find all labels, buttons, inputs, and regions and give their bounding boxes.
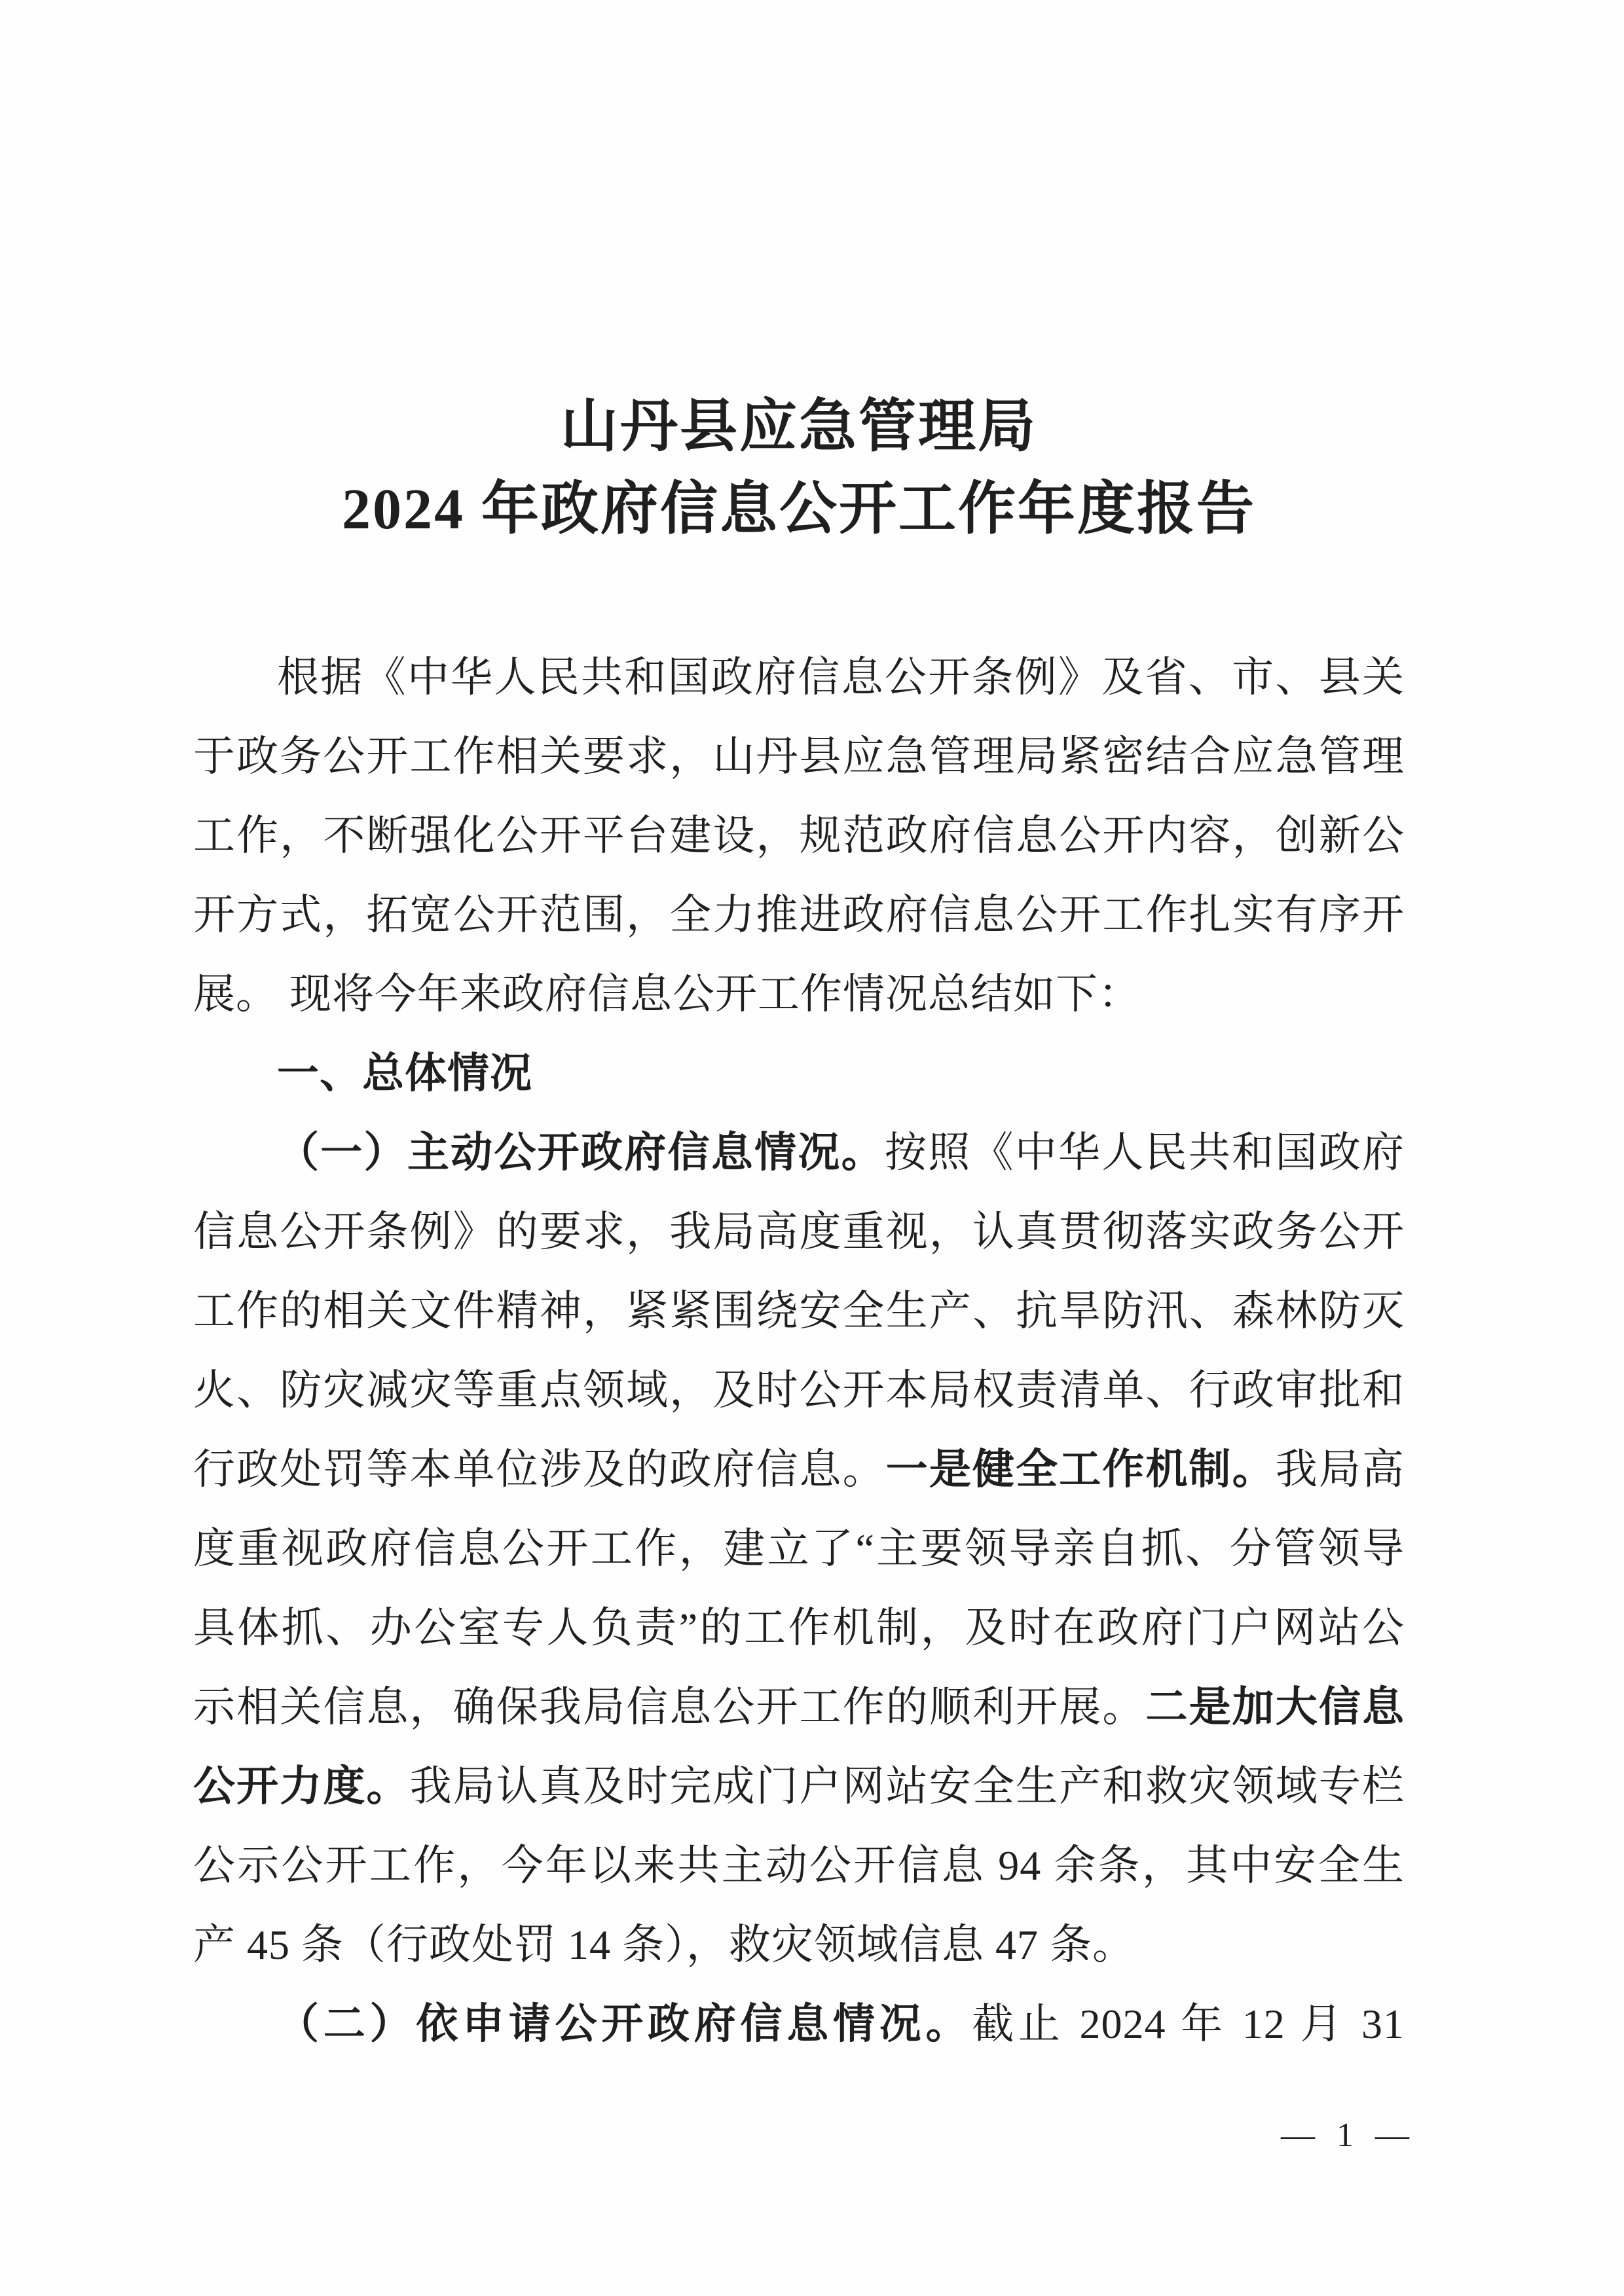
text-run: 开方式，拓宽公开范围，全力推进政府信息公开工作扎实有序开 (193, 892, 1405, 938)
text-run: 工作的相关文件精神，紧紧围绕安全生产、抗旱防汛、森林防灭 (193, 1288, 1405, 1334)
intro-line-2: 于政务公开工作相关要求，山丹县应急管理局紧密结合应急管理 (193, 717, 1405, 796)
text-run: 根据《中华人民共和国政府信息公开条例》及省、市、县关 (277, 654, 1405, 701)
text-run: 度重视政府信息公开工作，建立了“主要领导亲自抓、分管领导 (193, 1525, 1405, 1572)
proactive-disclosure-line-4: 火、防灾减灾等重点领域，及时公开本局权责清单、行政审批和 (193, 1351, 1405, 1430)
text-run: 行政处罚等本单位涉及的政府信息。 (193, 1446, 886, 1493)
intro-line-1: 根据《中华人民共和国政府信息公开条例》及省、市、县关 (193, 638, 1405, 717)
document-content: 山丹县应急管理局 2024 年政府信息公开工作年度报告 根据《中华人民共和国政府… (193, 386, 1405, 2064)
text-run: 工作，不断强化公开平台建设，规范政府信息公开内容，创新公 (193, 812, 1405, 859)
page-number: — 1 — (1281, 2116, 1416, 2155)
text-run: 我局认真及时完成门户网站安全生产和救灾领域专栏 (410, 1763, 1405, 1810)
inline-bold-run: 二是加大信息 (1145, 1684, 1405, 1730)
text-run: 展。 现将今年来政府信息公开工作情况总结如下： (193, 971, 1141, 1017)
inline-bold-run: 一是健全工作机制。 (886, 1446, 1276, 1493)
text-run: 于政务公开工作相关要求，山丹县应急管理局紧密结合应急管理 (193, 733, 1405, 780)
proactive-disclosure-line-2: 信息公开条例》的要求，我局高度重视，认真贯彻落实政务公开 (193, 1192, 1405, 1271)
title-line-1: 山丹县应急管理局 (193, 386, 1405, 469)
proactive-disclosure-line-8: 示相关信息，确保我局信息公开工作的顺利开展。二是加大信息 (193, 1667, 1405, 1747)
intro-line-5: 展。 现将今年来政府信息公开工作情况总结如下： (193, 955, 1405, 1034)
subheading-run: （二）依申请公开政府信息情况。 (277, 2001, 972, 2047)
section-heading-overall-situation: 一、总体情况 (193, 1034, 1405, 1113)
intro-line-3: 工作，不断强化公开平台建设，规范政府信息公开内容，创新公 (193, 796, 1405, 875)
intro-line-4: 开方式，拓宽公开范围，全力推进政府信息公开工作扎实有序开 (193, 875, 1405, 955)
proactive-disclosure-line-10: 公示公开工作，今年以来共主动公开信息 94 余条，其中安全生 (193, 1826, 1405, 1905)
proactive-disclosure-line-7: 具体抓、办公室专人负责”的工作机制，及时在政府门户网站公 (193, 1588, 1405, 1667)
request-disclosure-line-1: （二）依申请公开政府信息情况。截止 2024 年 12 月 31 日， (193, 1984, 1405, 2064)
text-run: 我局高 (1276, 1446, 1405, 1493)
text-run: 示相关信息，确保我局信息公开工作的顺利开展。 (193, 1684, 1145, 1730)
title-line-2: 2024 年政府信息公开工作年度报告 (193, 469, 1405, 551)
proactive-disclosure-line-5: 行政处罚等本单位涉及的政府信息。一是健全工作机制。我局高 (193, 1430, 1405, 1509)
text-run: 产 45 条（行政处罚 14 条），救灾领域信息 47 条。 (193, 1922, 1135, 1968)
inline-bold-run: 公开力度。 (193, 1763, 410, 1810)
text-run: 具体抓、办公室专人负责”的工作机制，及时在政府门户网站公 (193, 1605, 1405, 1651)
text-run: 信息公开条例》的要求，我局高度重视，认真贯彻落实政务公开 (193, 1209, 1405, 1255)
proactive-disclosure-line-6: 度重视政府信息公开工作，建立了“主要领导亲自抓、分管领导 (193, 1509, 1405, 1588)
proactive-disclosure-line-9: 公开力度。我局认真及时完成门户网站安全生产和救灾领域专栏 (193, 1747, 1405, 1826)
text-run: 火、防灾减灾等重点领域，及时公开本局权责清单、行政审批和 (193, 1367, 1405, 1413)
proactive-disclosure-line-3: 工作的相关文件精神，紧紧围绕安全生产、抗旱防汛、森林防灭 (193, 1271, 1405, 1351)
document-title: 山丹县应急管理局 2024 年政府信息公开工作年度报告 (193, 386, 1405, 551)
heading-text: 一、总体情况 (277, 1050, 532, 1097)
text-run: 公示公开工作，今年以来共主动公开信息 94 余条，其中安全生 (193, 1842, 1405, 1889)
proactive-disclosure-line-1: （一）主动公开政府信息情况。按照《中华人民共和国政府 (193, 1113, 1405, 1192)
text-run: 按照《中华人民共和国政府 (885, 1129, 1405, 1176)
document-page: 山丹县应急管理局 2024 年政府信息公开工作年度报告 根据《中华人民共和国政府… (0, 0, 1624, 2296)
subheading-run: （一）主动公开政府信息情况。 (277, 1129, 885, 1176)
proactive-disclosure-line-11: 产 45 条（行政处罚 14 条），救灾领域信息 47 条。 (193, 1905, 1405, 1984)
